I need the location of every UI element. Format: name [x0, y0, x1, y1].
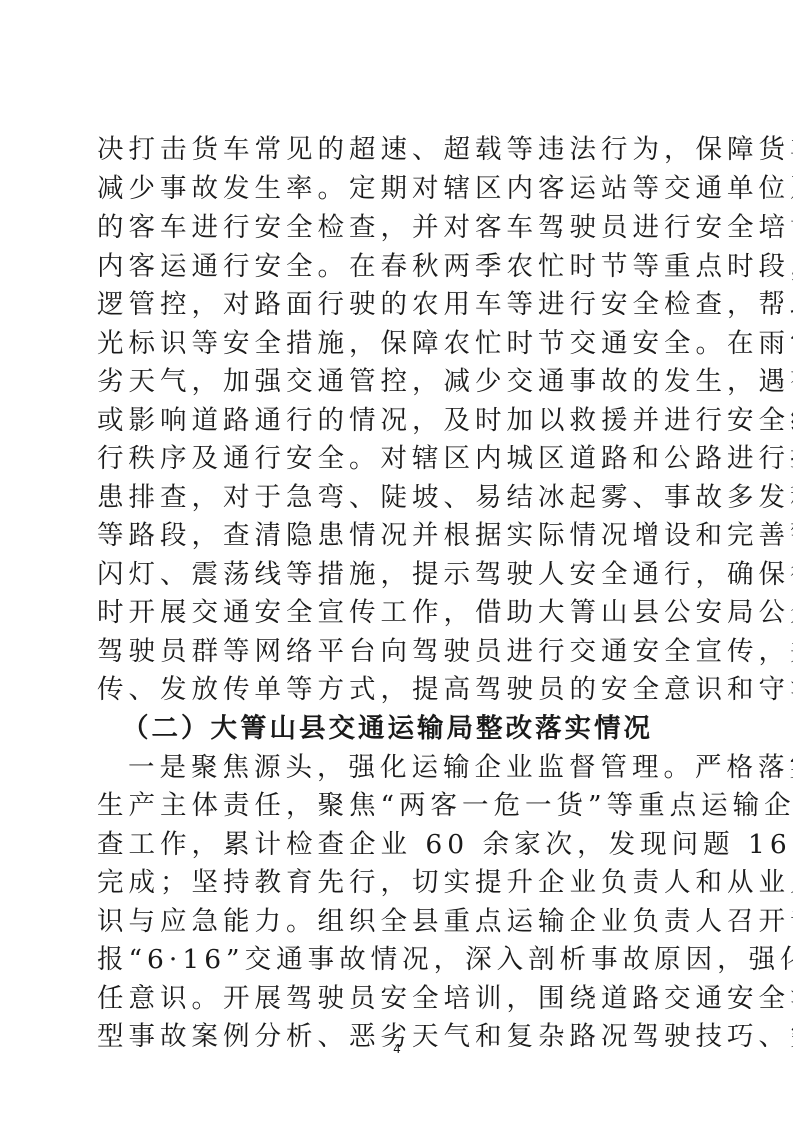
body-line: 报“6·16”交通事故情况，深入剖析事故原因，强化企业主体责	[97, 945, 697, 975]
body-line: 传、发放传单等方式，提高驾驶员的安全意识和守法意识。	[97, 675, 697, 705]
body-line: 劣天气，加强交通管控，减少交通事故的发生，遇有需要帮助的	[97, 367, 697, 397]
page-number: 4	[390, 1042, 404, 1056]
section-heading: （二）大箐山县交通运输局整改落实情况	[122, 714, 722, 744]
body-line: 或影响道路通行的情况，及时加以救援并进行安全维护，保证通	[97, 406, 697, 436]
body-line: 驾驶员群等网络平台向驾驶员进行交通安全宣传，并通过下乡宣	[97, 637, 697, 667]
body-line: 行秩序及通行安全。对辖区内城区道路和公路进行拉网式安全隐	[97, 444, 697, 474]
body-line: 决打击货车常见的超速、超载等违法行为，保障货车通行安全，	[97, 135, 697, 165]
body-line: 光标识等安全措施，保障农忙时节交通安全。在雨雪、大雾等恶	[97, 329, 697, 359]
body-line: 完成；坚持教育先行，切实提升企业负责人和从业人员的安全意	[97, 868, 697, 898]
body-line: 一是聚焦源头，强化运输企业监督管理。严格落实企业安全	[128, 753, 728, 783]
body-line: 逻管控，对路面行驶的农用车等进行安全检查，帮助粘贴补全反	[97, 290, 697, 320]
body-line: 内客运通行安全。在春秋两季农忙时节等重点时段，加强路面巡	[97, 252, 697, 282]
body-line: 等路段，查清隐患情况并根据实际情况增设和完善警示标识、爆	[97, 521, 697, 551]
body-line: 时开展交通安全宣传工作，借助大箐山县公安局公众号、辖区内	[97, 598, 697, 628]
body-line: 患排查，对于急弯、陡坡、易结冰起雾、事故多发和易发生拥堵	[97, 483, 697, 513]
body-line: 识与应急能力。组织全县重点运输企业负责人召开专题会议，通	[97, 907, 697, 937]
body-line: 减少事故发生率。定期对辖区内客运站等交通单位及辖区内通行	[97, 174, 697, 204]
body-line: 闪灯、震荡线等措施，提示驾驶人安全通行，确保行车安全。同	[97, 560, 697, 590]
body-line: 生产主体责任，聚焦“两客一危一货”等重点运输企业开展大排	[97, 791, 697, 821]
body-line: 任意识。开展驾驶员安全培训，围绕道路交通安全法律法规、典	[97, 984, 697, 1014]
body-line: 查工作，累计检查企业 60 余家次，发现问题 16 个，已全部整改	[97, 830, 697, 860]
document-page: 决打击货车常见的超速、超载等违法行为，保障货车通行安全， 减少事故发生率。定期对…	[0, 0, 793, 1122]
body-line: 的客车进行安全检查，并对客车驾驶员进行安全培训，确保辖区	[97, 213, 697, 243]
